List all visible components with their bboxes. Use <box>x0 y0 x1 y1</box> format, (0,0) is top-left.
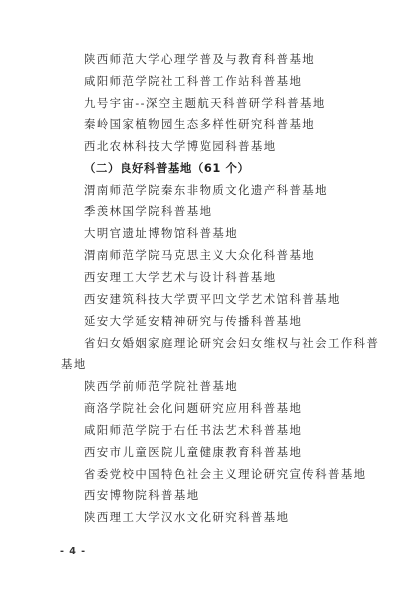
list-item: 西安市儿童医院儿童健康教育科普基地 <box>84 445 302 459</box>
list-item: 西北农林科技大学博览园科普基地 <box>84 139 277 153</box>
list-item: 咸阳师范学院于右任书法艺术科普基地 <box>84 423 302 437</box>
list-item: 省妇女婚姻家庭理论研究会妇女维权与社会工作科普 <box>84 336 379 350</box>
list-item: 延安大学延安精神研究与传播科普基地 <box>84 314 302 328</box>
list-item: 渭南师范学院秦东非物质文化遗产科普基地 <box>84 183 328 197</box>
document-page: 陕西师范大学心理学普及与教育科普基地 咸阳师范学院社工科普工作站科普基地 九号宇… <box>0 0 413 589</box>
section-heading: （二）良好科普基地（61 个） <box>84 161 250 175</box>
list-item: 陕西师范大学心理学普及与教育科普基地 <box>84 52 315 66</box>
list-item: 季羡林国学院科普基地 <box>84 204 212 218</box>
list-item-continuation: 基地 <box>61 357 87 371</box>
list-item: 咸阳师范学院社工科普工作站科普基地 <box>84 74 302 88</box>
list-item: 西安理工大学艺术与设计科普基地 <box>84 270 277 284</box>
list-item: 商洛学院社会化问题研究应用科普基地 <box>84 401 302 415</box>
list-item: 西安建筑科技大学贾平凹文学艺术馆科普基地 <box>84 292 341 306</box>
list-item: 渭南师范学院马克思主义大众化科普基地 <box>84 248 315 262</box>
list-item: 大明官遗址博物馆科普基地 <box>84 226 238 240</box>
list-item: 九号宇宙--深空主题航天科普研学科普基地 <box>84 96 326 110</box>
list-item: 西安博物院科普基地 <box>84 488 200 502</box>
page-number: - 4 - <box>60 546 86 557</box>
list-item: 陕西学前师范学院社普基地 <box>84 379 238 393</box>
list-item: 秦岭国家植物园生态多样性研究科普基地 <box>84 117 315 131</box>
list-item: 省委党校中国特色社会主义理论研究宣传科普基地 <box>84 467 367 481</box>
list-item: 陕西理工大学汉水文化研究科普基地 <box>84 510 289 524</box>
